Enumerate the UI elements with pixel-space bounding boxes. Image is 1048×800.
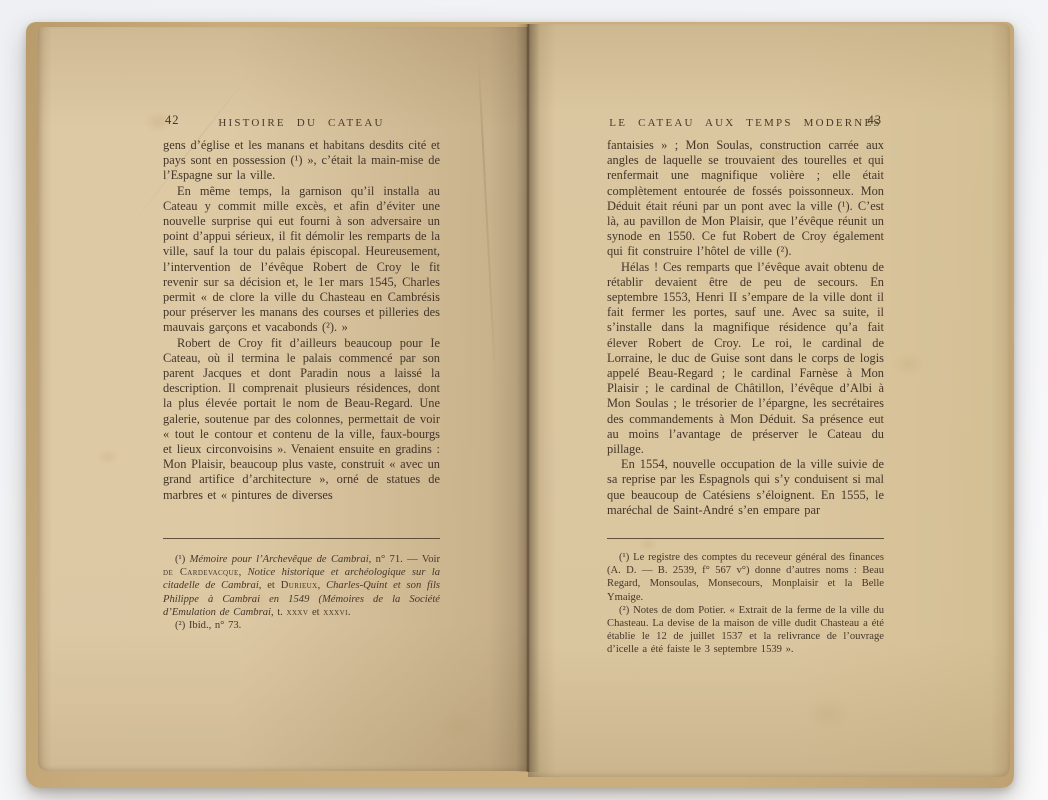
- body-text-left: gens d’église et les manans et habitans …: [163, 138, 440, 503]
- running-title-left: HISTOIRE DU CATEAU: [218, 117, 384, 129]
- running-title-right: LE CATEAU AUX TEMPS MODERNES: [609, 117, 881, 129]
- page-right: LE CATEAU AUX TEMPS MODERNES 43 fantaisi…: [528, 24, 1010, 777]
- footnote: (¹) Le registre des comptes du receveur …: [607, 551, 884, 604]
- paragraph: En 1554, nouvelle occupation de la ville…: [607, 457, 884, 518]
- page-header-left: 42 HISTOIRE DU CATEAU: [163, 113, 440, 131]
- paragraph: Robert de Croy fit d’ailleurs beaucoup p…: [163, 336, 440, 503]
- footnote: (¹) Mémoire pour l’Archevêque de Cambrai…: [163, 553, 440, 619]
- paragraph: fantaisies » ; Mon Soulas, construction …: [607, 138, 884, 260]
- footnote: (²) Notes de dom Potier. « Extrait de la…: [607, 604, 884, 657]
- body-text-right: fantaisies » ; Mon Soulas, construction …: [607, 138, 884, 518]
- page-left: 42 HISTOIRE DU CATEAU gens d’église et l…: [38, 27, 528, 771]
- page-number-left: 42: [165, 113, 180, 128]
- footnote-rule-left: [163, 538, 440, 539]
- footnotes-left: (¹) Mémoire pour l’Archevêque de Cambrai…: [163, 553, 440, 632]
- page-number-right: 43: [868, 113, 883, 128]
- book-photo: 42 HISTOIRE DU CATEAU gens d’église et l…: [0, 0, 1048, 800]
- footnote-rule-right: [607, 538, 884, 539]
- footnote: (²) Ibid., n° 73.: [163, 619, 440, 632]
- paragraph: gens d’église et les manans et habitans …: [163, 138, 440, 184]
- paragraph: Hélas ! Ces remparts que l’évêque avait …: [607, 260, 884, 458]
- page-header-right: LE CATEAU AUX TEMPS MODERNES 43: [607, 113, 884, 131]
- page-crease: [477, 57, 496, 387]
- footnotes-right: (¹) Le registre des comptes du receveur …: [607, 551, 884, 657]
- paragraph: En même temps, la garnison qu’il install…: [163, 184, 440, 336]
